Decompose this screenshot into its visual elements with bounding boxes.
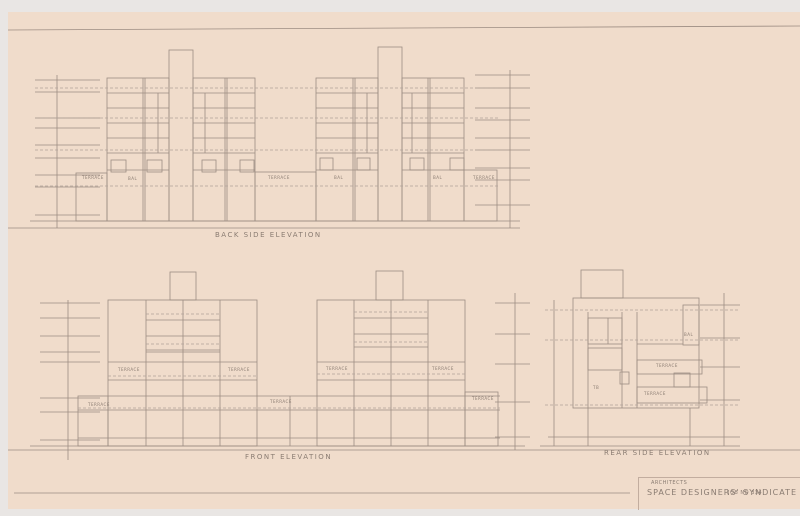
front-elevation-title: FRONT ELEVATION	[245, 453, 332, 461]
front-elevation	[30, 271, 530, 460]
back-label-terrace-1: TERRACE	[82, 175, 104, 180]
back-side-elevation	[30, 47, 530, 228]
rear-label-bal: BAL	[684, 332, 693, 337]
front-label-terrace-6: TERRACE	[432, 366, 454, 371]
back-label-bal-3: BAL	[433, 175, 442, 180]
front-label-terrace-7: TERRACE	[472, 396, 494, 401]
drawing-sheet: TERRACE BAL TERRACE BAL BAL TERRACE BACK…	[8, 12, 800, 509]
back-label-terrace-2: TERRACE	[268, 175, 290, 180]
back-label-terrace-3: TERRACE	[473, 175, 495, 180]
front-label-terrace-4: TERRACE	[270, 399, 292, 404]
rear-side-elevation	[540, 270, 740, 446]
front-label-terrace-2: TERRACE	[228, 367, 250, 372]
title-block: ARCHITECTS SPACE DESIGNERS' SYNDICATE	[638, 477, 800, 510]
rear-label-terrace-1: TERRACE	[656, 363, 678, 368]
front-label-terrace-1: TERRACE	[118, 367, 140, 372]
front-label-terrace-5: TERRACE	[326, 366, 348, 371]
rear-side-elevation-title: REAR SIDE ELEVATION	[604, 449, 711, 457]
firm-name: SPACE DESIGNERS' SYNDICATE	[647, 488, 797, 497]
back-side-elevation-title: BACK SIDE ELEVATION	[215, 231, 322, 239]
rear-label-terrace-2: TERRACE	[644, 391, 666, 396]
elevation-drawings	[8, 12, 800, 509]
rear-label-tb: TB	[593, 385, 599, 390]
architects-label: ARCHITECTS	[651, 480, 687, 486]
back-label-bal-1: BAL	[128, 176, 137, 181]
front-label-terrace-3: TERRACE	[88, 402, 110, 407]
back-label-bal-2: BAL	[334, 175, 343, 180]
job-number: JOB NO 334	[728, 490, 762, 496]
